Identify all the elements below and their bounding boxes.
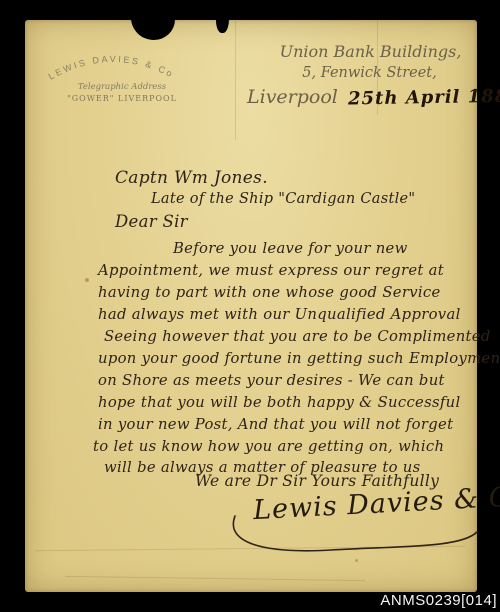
company-name-arc: LEWIS DAVIES & Co [39, 40, 189, 88]
body-line: having to part with one whose good Servi… [98, 284, 441, 301]
city-label: Liverpool [247, 86, 338, 108]
torn-notch-small [216, 14, 229, 33]
date-line: Liverpool 25th April 1888 [247, 86, 500, 108]
svg-text:LEWIS DAVIES & Co: LEWIS DAVIES & Co [47, 54, 176, 82]
body-line: had always met with our Unqualified Appr… [98, 306, 461, 323]
recipient-ship: Late of the Ship "Cardigan Castle" [151, 191, 415, 207]
signature-flourish [221, 502, 483, 568]
paper-crease [65, 576, 365, 581]
address-line-2: 5, Fenwick Street, [277, 65, 462, 81]
body-line: Appointment, we must express our regret … [98, 262, 444, 279]
body-line: Before you leave for your new [173, 240, 408, 257]
letter-page: LEWIS DAVIES & Co Telegraphic Address "G… [25, 20, 477, 592]
address-line-1: Union Bank Buildings, [263, 42, 478, 61]
body-line: in your new Post, And that you will not … [98, 416, 453, 433]
paper-crease [235, 20, 236, 140]
torn-notch-large [131, 8, 175, 40]
company-name: LEWIS DAVIES & Co [47, 54, 176, 82]
body-line: on Shore as meets your desires - We can … [98, 372, 445, 389]
body-line: hope that you will be both happy & Succe… [98, 394, 461, 411]
body-line: Seeing however that you are to be Compli… [104, 328, 491, 345]
telegraphic-address-label: Telegraphic Address [57, 82, 187, 92]
age-spot [85, 278, 89, 282]
recipient-name: Captn Wm Jones. [115, 168, 268, 188]
body-line: upon your good fortune in getting such E… [98, 350, 500, 367]
catalog-number: ANMS0239[014] [380, 592, 497, 609]
telegraphic-address-value: "GOWER" LIVERPOOL [57, 94, 187, 103]
salutation: Dear Sir [115, 212, 188, 231]
body-line: to let us know how you are getting on, w… [93, 438, 444, 455]
scanned-letter-view: LEWIS DAVIES & Co Telegraphic Address "G… [0, 0, 500, 612]
handwritten-date: 25th April 1888 [348, 85, 500, 109]
